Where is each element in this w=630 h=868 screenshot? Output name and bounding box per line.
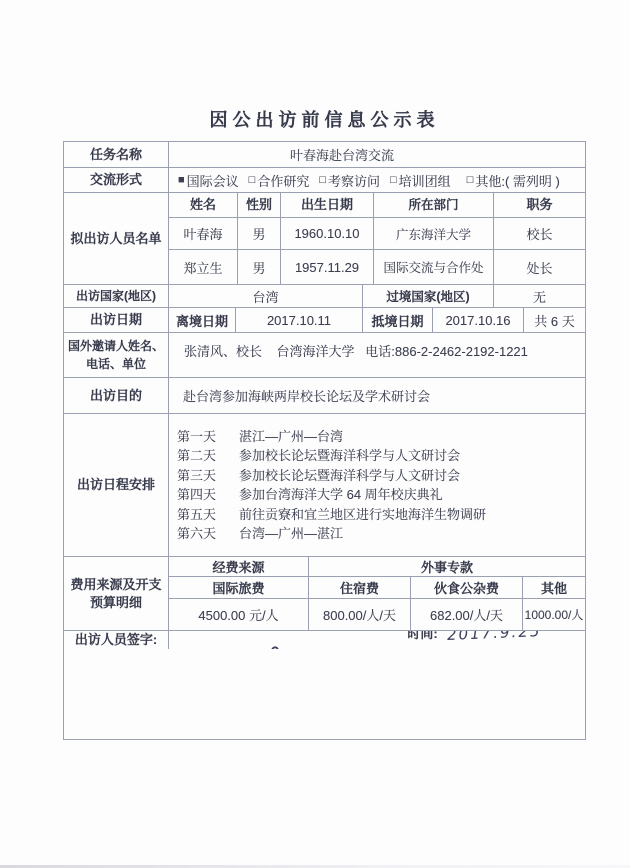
member-row: 叶春海 男 1960.10.10 广东海洋大学 校长 (169, 218, 585, 250)
signature-label: 出访人员签字: (64, 631, 169, 649)
budget-subtable: 经费来源 外事专款 国际旅费 住宿费 伙食公杂费 其他 4500.00 元/人 … (169, 557, 585, 631)
signature-handwriting (173, 637, 303, 649)
row-dates: 出访日期 离境日期 2017.10.11 抵境日期 2017.10.16 共 6… (64, 308, 585, 333)
option-other: □ 其他:( 需列明 ) (467, 171, 560, 190)
member-row: 郑立生 男 1957.11.29 国际交流与合作处 处长 (169, 250, 585, 285)
option-training-group: □ 培训团组 (390, 171, 451, 190)
transit-value: 无 (494, 285, 585, 308)
itinerary-activity: 参加校长论坛暨海洋科学与人文研讨会 (239, 446, 460, 466)
option-inspection-visit: □ 考察访问 (319, 171, 380, 190)
checkbox-empty-icon: □ (249, 174, 256, 186)
member-name: 郑立生 (169, 250, 238, 285)
itinerary-day: 第四天 (177, 485, 239, 505)
checkbox-empty-icon: □ (390, 174, 397, 186)
form-table: 任务名称 叶春海赴台湾交流 交流形式 ■ 国际会议 □ 合作研究 □ 考察访问 (63, 141, 586, 740)
arrival-date: 2017.10.16 (433, 308, 524, 333)
signature-time-line: 时间: 2017.9.25 (407, 631, 541, 642)
budget-label-line1: 费用来源及开支 (70, 576, 161, 594)
itinerary-day: 第五天 (177, 505, 239, 525)
row-signature: 出访人员签字: 时间: 2017.9.25 (64, 631, 585, 649)
itinerary-line: 第一天湛江—广州—台湾 (177, 427, 343, 447)
departure-date: 2017.10.11 (236, 308, 363, 333)
scanned-form-page: 因公出访前信息公示表 任务名称 叶春海赴台湾交流 交流形式 ■ 国际会议 □ 合… (0, 0, 630, 868)
budget-value-meals: 682.00/人/天 (411, 599, 523, 631)
checkbox-checked-icon: ■ (178, 174, 185, 186)
member-department: 国际交流与合作处 (374, 250, 494, 285)
option-international-conference: ■ 国际会议 (178, 171, 239, 190)
inviter-label: 国外邀请人姓名、 电话、单位 (64, 333, 169, 378)
option-label: 培训团组 (399, 171, 451, 190)
col-header-position: 职务 (494, 193, 585, 218)
col-header-sex: 性别 (238, 193, 281, 218)
itinerary-day: 第六天 (177, 524, 239, 544)
option-cooperative-research: □ 合作研究 (249, 171, 310, 190)
budget-col-meals: 伙食公杂费 (411, 577, 523, 599)
itinerary-activity: 前往贡寮和宜兰地区进行实地海洋生物调研 (239, 505, 486, 525)
members-label: 拟出访人员名单 (64, 193, 169, 285)
itinerary-day: 第一天 (177, 427, 239, 447)
budget-value-other: 1000.00/人 (523, 599, 585, 631)
row-exchange-form: 交流形式 ■ 国际会议 □ 合作研究 □ 考察访问 □ 培训团组 (64, 168, 585, 193)
row-members: 拟出访人员名单 姓名 性别 出生日期 所在部门 职务 叶春海 男 1960.10… (64, 193, 585, 285)
itinerary-activity: 湛江—广州—台湾 (239, 427, 343, 447)
purpose-label: 出访目的 (64, 378, 169, 414)
budget-value-lodging: 800.00/人/天 (309, 599, 411, 631)
dates-label: 出访日期 (64, 308, 169, 333)
row-destination: 出访国家(地区) 台湾 过境国家(地区) 无 (64, 285, 585, 308)
itinerary-day: 第二天 (177, 446, 239, 466)
itinerary-activity: 台湾—广州—湛江 (239, 524, 343, 544)
col-header-birthdate: 出生日期 (281, 193, 374, 218)
member-name: 叶春海 (169, 218, 238, 250)
purpose-value: 赴台湾参加海峡两岸校长论坛及学术研讨会 (169, 378, 585, 414)
option-label: 合作研究 (257, 171, 309, 190)
option-label: 其他:( 需列明 ) (475, 171, 560, 190)
member-birthdate: 1957.11.29 (281, 250, 374, 285)
departure-date-label: 离境日期 (169, 308, 236, 333)
row-budget: 费用来源及开支 预算明细 经费来源 外事专款 国际旅费 住宿费 伙食公杂费 其他… (64, 557, 585, 631)
members-subtable: 姓名 性别 出生日期 所在部门 职务 叶春海 男 1960.10.10 广东海洋… (169, 193, 585, 285)
destination-value: 台湾 (169, 285, 363, 308)
signature-area: 时间: 2017.9.25 (169, 631, 585, 649)
budget-header-row: 经费来源 外事专款 (169, 557, 585, 577)
task-label: 任务名称 (64, 142, 169, 168)
col-header-department: 所在部门 (374, 193, 494, 218)
member-birthdate: 1960.10.10 (281, 218, 374, 250)
task-value: 叶春海赴台湾交流 (169, 142, 585, 168)
trip-duration: 共 6 天 (524, 308, 585, 333)
itinerary-label: 出访日程安排 (64, 414, 169, 557)
exchange-label: 交流形式 (64, 168, 169, 193)
members-header-row: 姓名 性别 出生日期 所在部门 职务 (169, 193, 585, 218)
inviter-label-line1: 国外邀请人姓名、 (68, 337, 164, 355)
itinerary-day: 第三天 (177, 466, 239, 486)
option-label: 考察访问 (328, 171, 380, 190)
member-sex: 男 (238, 250, 281, 285)
itinerary-value: 第一天湛江—广州—台湾 第二天参加校长论坛暨海洋科学与人文研讨会 第三天参加校长… (169, 414, 585, 557)
itinerary-activity: 参加台湾海洋大学 64 周年校庆典礼 (239, 485, 443, 505)
col-header-name: 姓名 (169, 193, 238, 218)
checkbox-empty-icon: □ (467, 174, 474, 186)
row-task: 任务名称 叶春海赴台湾交流 (64, 142, 585, 168)
member-position: 处长 (494, 250, 585, 285)
budget-col-other: 其他 (523, 577, 585, 599)
itinerary-line: 第五天前往贡寮和宜兰地区进行实地海洋生物调研 (177, 505, 486, 525)
budget-label: 费用来源及开支 预算明细 (64, 557, 169, 631)
inviter-value: 张清风、校长 台湾海洋大学 电话:886-2-2462-2192-1221 (169, 333, 585, 378)
itinerary-activity: 参加校长论坛暨海洋科学与人文研讨会 (239, 466, 460, 486)
member-position: 校长 (494, 218, 585, 250)
checkbox-empty-icon: □ (319, 174, 326, 186)
budget-columns-row: 国际旅费 住宿费 伙食公杂费 其他 (169, 577, 585, 599)
transit-label: 过境国家(地区) (363, 285, 494, 308)
page-title: 因公出访前信息公示表 (63, 106, 586, 132)
row-itinerary: 出访日程安排 第一天湛江—广州—台湾 第二天参加校长论坛暨海洋科学与人文研讨会 … (64, 414, 585, 557)
budget-fund-header: 外事专款 (309, 557, 585, 577)
itinerary-line: 第六天台湾—广州—湛江 (177, 524, 343, 544)
member-sex: 男 (238, 218, 281, 250)
time-label: 时间: (407, 631, 437, 642)
handwritten-date: 2017.9.25 (446, 631, 541, 644)
member-department: 广东海洋大学 (374, 218, 494, 250)
budget-col-intl-travel: 国际旅费 (169, 577, 309, 599)
budget-label-line2: 预算明细 (90, 594, 142, 612)
destination-label: 出访国家(地区) (64, 285, 169, 308)
arrival-date-label: 抵境日期 (363, 308, 433, 333)
row-purpose: 出访目的 赴台湾参加海峡两岸校长论坛及学术研讨会 (64, 378, 585, 414)
budget-col-lodging: 住宿费 (309, 577, 411, 599)
budget-source-header: 经费来源 (169, 557, 309, 577)
row-inviter: 国外邀请人姓名、 电话、单位 张清风、校长 台湾海洋大学 电话:886-2-24… (64, 333, 585, 378)
budget-value-intl-travel: 4500.00 元/人 (169, 599, 309, 631)
itinerary-line: 第二天参加校长论坛暨海洋科学与人文研讨会 (177, 446, 460, 466)
exchange-options: ■ 国际会议 □ 合作研究 □ 考察访问 □ 培训团组 □ 其他:( 需列明 (169, 168, 585, 193)
inviter-label-line2: 电话、单位 (86, 355, 146, 373)
itinerary-line: 第四天参加台湾海洋大学 64 周年校庆典礼 (177, 485, 443, 505)
itinerary-line: 第三天参加校长论坛暨海洋科学与人文研讨会 (177, 466, 460, 486)
budget-values-row: 4500.00 元/人 800.00/人/天 682.00/人/天 1000.0… (169, 599, 585, 631)
option-label: 国际会议 (187, 171, 239, 190)
